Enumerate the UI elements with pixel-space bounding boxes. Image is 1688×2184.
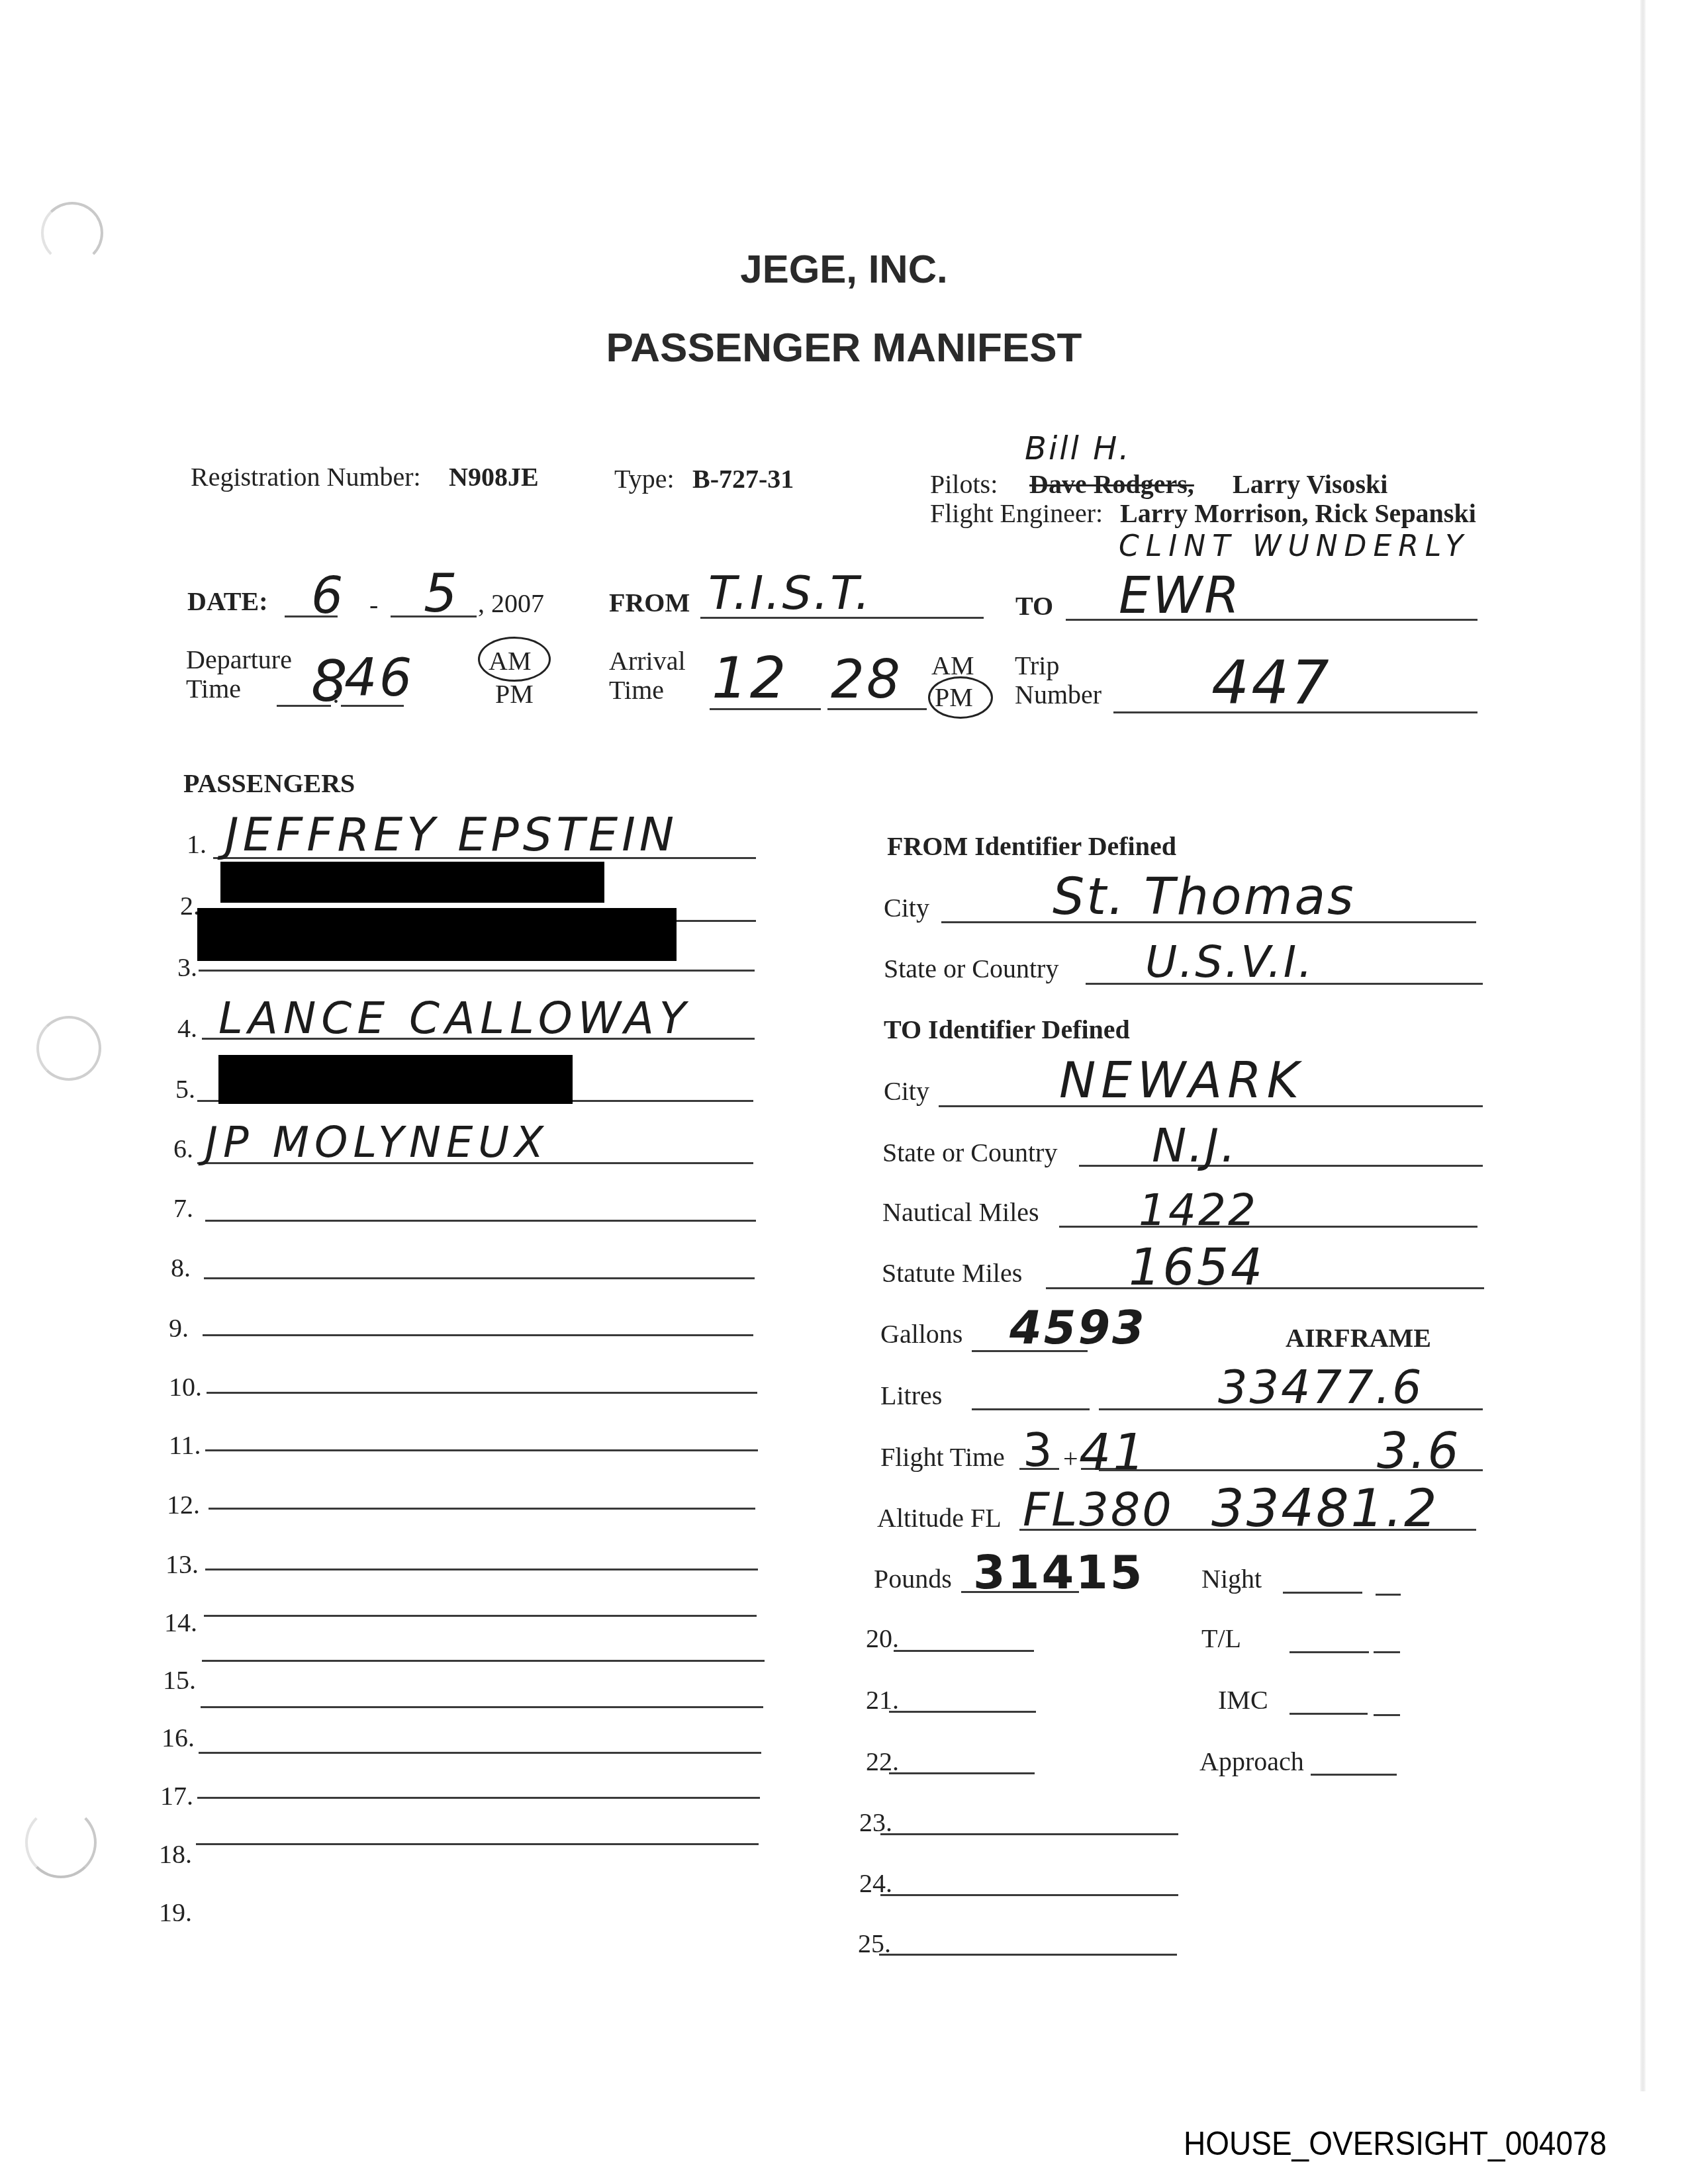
- passenger-number: 18.: [159, 1839, 192, 1870]
- passenger-number: 17.: [160, 1780, 193, 1811]
- to-label: TO: [1015, 590, 1053, 621]
- flight-time-minutes[interactable]: 41: [1079, 1423, 1147, 1482]
- from-label: FROM: [609, 587, 690, 618]
- approach-field[interactable]: [1311, 1774, 1397, 1776]
- passenger-name-field[interactable]: [197, 1797, 760, 1799]
- to-identifier-heading: TO Identifier Defined: [884, 1014, 1130, 1045]
- passenger-name-field[interactable]: [205, 1449, 758, 1451]
- imc-label: IMC: [1218, 1684, 1268, 1715]
- trip-label-line2: Number: [1015, 680, 1102, 709]
- from-city-label: City: [884, 892, 929, 923]
- passenger-name-field[interactable]: [204, 1615, 757, 1617]
- night-field[interactable]: [1283, 1592, 1362, 1594]
- passenger-number: 1.: [187, 829, 207, 860]
- date-month[interactable]: 6: [311, 566, 345, 625]
- row-number: 20.: [866, 1623, 899, 1654]
- type-label: Type:: [614, 463, 675, 494]
- arrival-time-label: Arrival Time: [609, 647, 686, 705]
- passenger-number: 8.: [171, 1252, 191, 1283]
- passenger-number: 15.: [163, 1664, 196, 1696]
- passenger-name-field[interactable]: [202, 1660, 765, 1662]
- passenger-name-field[interactable]: [205, 1569, 758, 1570]
- passenger-name-field[interactable]: [196, 1843, 759, 1845]
- statute-miles[interactable]: 1654: [1129, 1238, 1264, 1297]
- date-day[interactable]: 5: [424, 563, 459, 624]
- passenger-number: 12.: [167, 1489, 200, 1520]
- passenger-number: 7.: [173, 1193, 193, 1224]
- trip-label-line1: Trip: [1015, 651, 1102, 680]
- passenger-name[interactable]: JEFFREY EPSTEIN: [225, 807, 678, 862]
- binder-hole-icon: [36, 1016, 101, 1081]
- from-state-label: State or Country: [884, 953, 1058, 984]
- date-separator: -: [369, 589, 378, 620]
- passenger-name[interactable]: JP MOLYNEUX: [205, 1118, 549, 1167]
- redaction-block: [218, 1055, 573, 1104]
- imc-decimal-field[interactable]: [1374, 1714, 1400, 1716]
- trip-number[interactable]: 447: [1211, 649, 1331, 718]
- tl-label: T/L: [1201, 1623, 1241, 1654]
- altitude-label: Altitude FL: [877, 1502, 1002, 1533]
- from-identifier-heading: FROM Identifier Defined: [887, 831, 1176, 862]
- departure-colon: :: [332, 678, 340, 709]
- night-label: Night: [1201, 1563, 1262, 1594]
- passenger-name-field[interactable]: [204, 1277, 755, 1279]
- page-edge-shadow: [1640, 0, 1646, 2091]
- date-label: DATE:: [187, 586, 267, 617]
- from-state[interactable]: U.S.V.I.: [1145, 936, 1314, 987]
- passenger-number: 6.: [173, 1133, 193, 1164]
- tl-field[interactable]: [1289, 1651, 1369, 1653]
- passenger-name-field[interactable]: [203, 1334, 753, 1336]
- registration-label: Registration Number:: [191, 461, 421, 492]
- night-decimal-field[interactable]: [1376, 1594, 1401, 1596]
- passenger-number: 4.: [177, 1013, 197, 1044]
- pilot-handwritten-replacement: Bill H.: [1025, 430, 1131, 467]
- departure-time-label: Departure Time: [186, 645, 292, 704]
- to-airport[interactable]: EWR: [1119, 566, 1241, 625]
- flight-time-label: Flight Time: [880, 1441, 1005, 1473]
- row-25-field[interactable]: [879, 1954, 1177, 1956]
- airframe-total[interactable]: 33481.2: [1211, 1479, 1439, 1539]
- binder-hole-icon: [25, 1807, 97, 1878]
- departure-am-circle-icon: [478, 637, 551, 682]
- row-21-field[interactable]: [889, 1711, 1036, 1713]
- airframe-heading: AIRFRAME: [1286, 1322, 1431, 1353]
- litres-label: Litres: [880, 1380, 942, 1411]
- passenger-name[interactable]: LANCE CALLOWAY: [218, 993, 691, 1044]
- passenger-number: 5.: [175, 1073, 195, 1105]
- litres-field[interactable]: [972, 1408, 1090, 1410]
- redaction-block: [220, 862, 604, 903]
- arrival-minute[interactable]: 28: [831, 649, 902, 710]
- type-value: B-727-31: [692, 463, 794, 494]
- passenger-number: 9.: [169, 1312, 189, 1343]
- nautical-miles[interactable]: 1422: [1139, 1185, 1258, 1236]
- from-city[interactable]: St. Thomas: [1053, 867, 1356, 926]
- to-city[interactable]: NEWARK: [1059, 1052, 1304, 1109]
- bates-number: HOUSE_OVERSIGHT_004078: [1184, 2124, 1607, 2163]
- row-20-field[interactable]: [894, 1650, 1034, 1652]
- arrival-label-line1: Arrival: [609, 647, 686, 676]
- passenger-number: 16.: [162, 1722, 195, 1753]
- imc-field[interactable]: [1289, 1713, 1368, 1715]
- approach-label: Approach: [1199, 1746, 1304, 1777]
- arrival-hour[interactable]: 12: [712, 645, 788, 711]
- redaction-block: [197, 908, 677, 961]
- airframe-add[interactable]: 3.6: [1377, 1423, 1461, 1480]
- departure-label-line1: Departure: [186, 645, 292, 674]
- row-24-field[interactable]: [880, 1894, 1178, 1896]
- row-22-field[interactable]: [889, 1772, 1035, 1774]
- gallons-label: Gallons: [880, 1318, 962, 1349]
- departure-label-line2: Time: [186, 674, 292, 704]
- to-state[interactable]: N.J.: [1152, 1118, 1238, 1173]
- manifest-page: JEGE, INC. PASSENGER MANIFEST Registrati…: [0, 0, 1688, 2184]
- pilot-struck: Dave Rodgers,: [1029, 469, 1194, 500]
- arrival-pm-circle-icon: [928, 676, 993, 719]
- flight-time-hours[interactable]: 3: [1023, 1423, 1055, 1477]
- passenger-number: 3.: [177, 952, 197, 983]
- company-name: JEGE, INC.: [0, 246, 1688, 292]
- flight-engineer-label: Flight Engineer:: [930, 498, 1103, 529]
- tl-second-field[interactable]: [1374, 1651, 1400, 1653]
- passenger-number: 14.: [164, 1607, 197, 1638]
- departure-pm[interactable]: PM: [495, 678, 534, 709]
- flight-engineer-handwritten: CLINT WUNDERLY: [1119, 529, 1470, 563]
- nautical-miles-label: Nautical Miles: [882, 1197, 1039, 1228]
- passenger-number: 11.: [169, 1430, 201, 1461]
- from-airport[interactable]: T.I.S.T.: [708, 566, 872, 620]
- passenger-name-field[interactable]: [205, 1220, 756, 1222]
- gallons[interactable]: 4593: [1009, 1300, 1147, 1355]
- passenger-number: 13.: [165, 1549, 199, 1580]
- statute-miles-label: Statute Miles: [882, 1257, 1022, 1289]
- flight-time-separator: +: [1063, 1443, 1078, 1474]
- flight-engineers: Larry Morrison, Rick Sepanski: [1120, 498, 1476, 529]
- departure-minute[interactable]: 46: [344, 649, 414, 708]
- passenger-name-field[interactable]: [201, 1706, 763, 1708]
- pilots-label: Pilots:: [930, 469, 998, 500]
- pounds[interactable]: 31415: [973, 1545, 1145, 1600]
- airframe-start[interactable]: 33477.6: [1218, 1360, 1423, 1414]
- registration-value: N908JE: [449, 461, 539, 492]
- passenger-name-field[interactable]: [207, 1392, 757, 1394]
- passenger-number: 10.: [169, 1371, 202, 1402]
- passenger-name-field[interactable]: [199, 1752, 761, 1754]
- pilot-2: Larry Visoski: [1233, 469, 1387, 500]
- page-title: PASSENGER MANIFEST: [0, 324, 1688, 371]
- arrival-label-line2: Time: [609, 676, 686, 705]
- trip-number-label: Trip Number: [1015, 651, 1102, 709]
- pounds-label: Pounds: [874, 1563, 952, 1594]
- passenger-name-field[interactable]: [209, 1508, 755, 1510]
- to-city-label: City: [884, 1075, 929, 1107]
- row-23-field[interactable]: [880, 1833, 1178, 1835]
- to-state-label: State or Country: [882, 1137, 1057, 1168]
- passengers-heading: PASSENGERS: [183, 768, 355, 799]
- date-year: , 2007: [478, 588, 544, 619]
- passenger-number: 19.: [159, 1897, 192, 1928]
